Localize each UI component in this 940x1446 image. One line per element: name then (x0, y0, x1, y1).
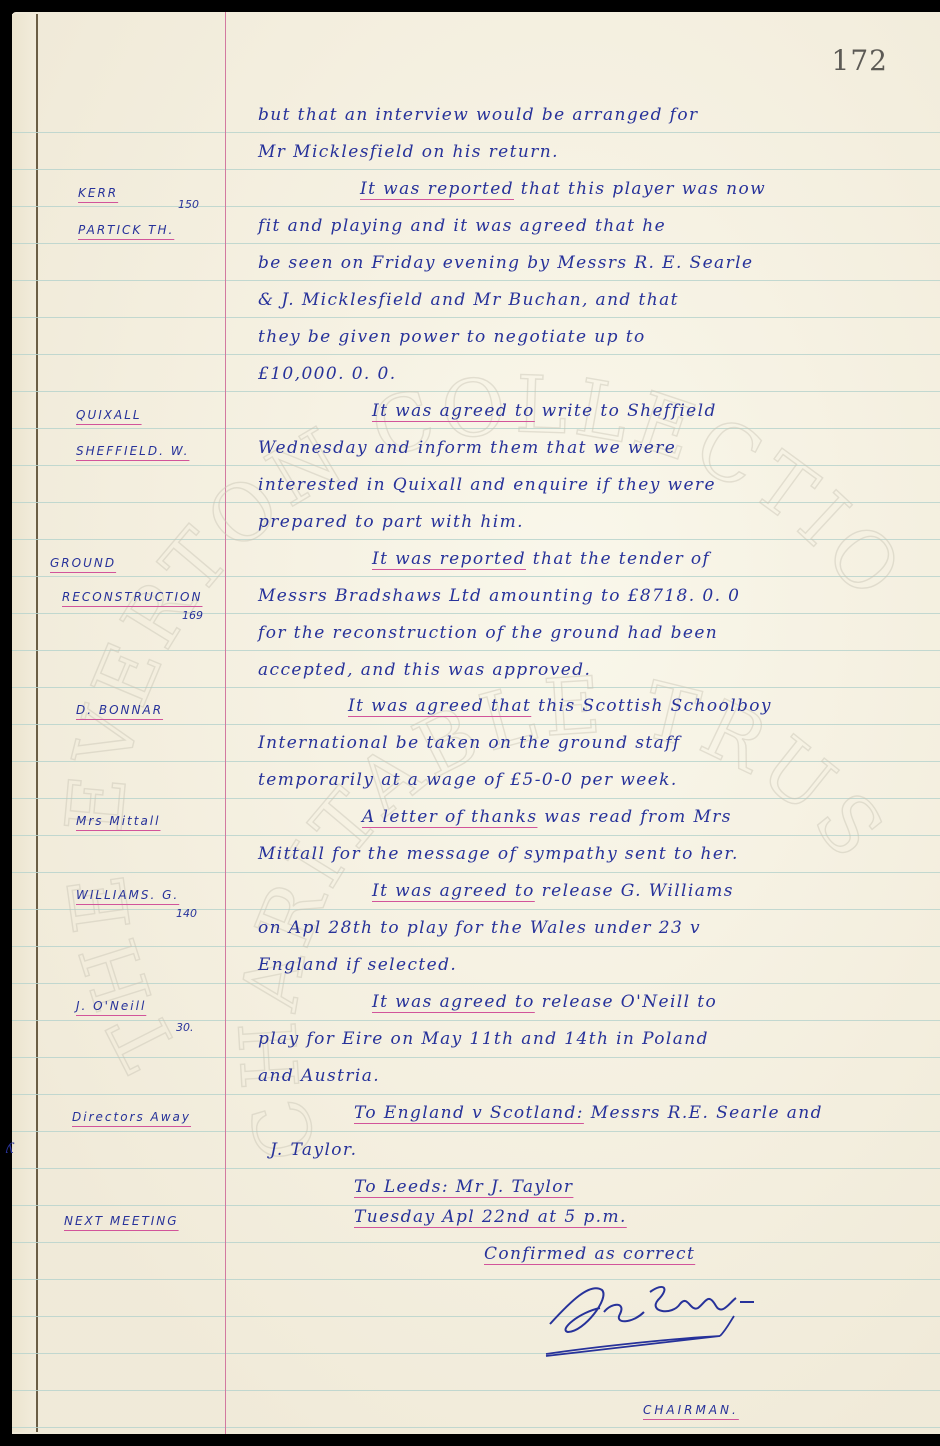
minute-text: write to Sheffield (535, 401, 717, 421)
minute-line: Messrs Bradshaws Ltd amounting to £8718.… (258, 586, 740, 606)
ruled-line (12, 132, 940, 133)
minute-line: for the reconstruction of the ground had… (258, 623, 718, 643)
minute-text: release G. Williams (535, 881, 734, 901)
minute-line: interested in Quixall and enquire if the… (258, 475, 716, 495)
minute-line: England if selected. (258, 955, 457, 975)
margin-heading-oneill: J. O'Neill (76, 999, 146, 1013)
ruled-line (12, 1094, 940, 1095)
minute-text: release O'Neill to (535, 992, 717, 1012)
minute-lead-phrase: It was agreed to (372, 992, 535, 1012)
margin-heading-reconstruction: RECONSTRUCTION (62, 590, 202, 604)
ruled-line (12, 761, 940, 762)
margin-heading-kerr: KERR (78, 186, 118, 200)
minute-line: To England v Scotland: Messrs R.E. Searl… (354, 1103, 823, 1123)
minute-line: It was agreed to release G. Williams (372, 881, 734, 901)
ruled-line (12, 1168, 940, 1169)
ruled-line (12, 539, 940, 540)
ruled-line (12, 1242, 940, 1243)
ruled-line (12, 428, 940, 429)
minute-lead-phrase: It was agreed to (372, 401, 535, 421)
minute-line: Mittall for the message of sympathy sent… (258, 844, 739, 864)
margin-heading-sheffield: SHEFFIELD. W. (76, 444, 189, 458)
ruled-line (12, 687, 940, 688)
ruled-line (12, 1131, 940, 1132)
next-meeting-date: Tuesday Apl 22nd at 5 p.m. (354, 1207, 627, 1227)
minute-line: & J. Micklesfield and Mr Buchan, and tha… (258, 290, 679, 310)
ruled-line (12, 576, 940, 577)
minute-line: and Austria. (258, 1066, 380, 1086)
margin-heading-bonnar: D. BONNAR (76, 703, 163, 717)
minute-line: It was agreed to write to Sheffield (372, 401, 717, 421)
minute-line: accepted, and this was approved. (258, 660, 591, 680)
minute-text: that the tender of (526, 549, 710, 569)
minute-line: they be given power to negotiate up to (258, 327, 646, 347)
minute-line: International be taken on the ground sta… (258, 733, 681, 753)
chairman-label: CHAIRMAN. (643, 1403, 739, 1417)
ruled-line (12, 280, 940, 281)
minute-lead-phrase: It was agreed to (372, 881, 535, 901)
ruled-line (12, 1057, 940, 1058)
ruled-line (12, 502, 940, 503)
ruled-line (12, 835, 940, 836)
continuation-line: but that an interview would be arranged … (258, 105, 699, 125)
minute-line: It was agreed that this Scottish Schoolb… (348, 696, 772, 716)
ruled-line (12, 1205, 940, 1206)
ruled-line (12, 983, 940, 984)
ruled-line (12, 391, 940, 392)
minute-text: that this player was now (514, 179, 766, 199)
margin-heading-partick: PARTICK TH. (78, 223, 174, 237)
minute-line: £10,000. 0. 0. (258, 364, 397, 384)
minute-line: on Apl 28th to play for the Wales under … (258, 918, 701, 938)
margin-heading-mittall: Mrs Mittall (76, 814, 160, 828)
minute-lead-phrase: It was reported (372, 549, 526, 569)
minute-text: was read from Mrs (537, 807, 731, 827)
page-number: 172 (832, 44, 888, 77)
ruled-line (12, 1020, 940, 1021)
minute-lead-phrase: It was reported (360, 179, 514, 199)
minute-line: be seen on Friday evening by Messrs R. E… (258, 253, 753, 273)
minute-line: Wednesday and inform them that we were (258, 438, 676, 458)
minute-lead-phrase: A letter of thanks (362, 807, 537, 827)
minute-line: prepared to part with him. (258, 512, 524, 532)
chairman-signature (540, 1272, 780, 1362)
margin-heading-williams: WILLIAMS. G. (76, 888, 179, 902)
ruled-line (12, 169, 940, 170)
ruled-line (12, 243, 940, 244)
minute-line: A letter of thanks was read from Mrs (362, 807, 732, 827)
minute-line: J. Taylor. (270, 1140, 357, 1160)
minute-text: this Scottish Schoolboy (531, 696, 772, 716)
minute-line: temporarily at a wage of £5-0-0 per week… (258, 770, 678, 790)
ruled-line (12, 613, 940, 614)
ruled-line (12, 1427, 940, 1428)
margin-heading-next-meeting: NEXT MEETING (64, 1214, 179, 1228)
minute-text: Messrs R.E. Searle and (584, 1103, 823, 1123)
book-binding-edge (12, 14, 38, 1432)
ruled-line (12, 724, 940, 725)
minute-lead-phrase: To England v Scotland: (354, 1103, 584, 1123)
ruled-line (12, 872, 940, 873)
ruled-line (12, 909, 940, 910)
minute-line: play for Eire on May 11th and 14th in Po… (258, 1029, 709, 1049)
minute-reference: 150 (178, 198, 199, 211)
minute-line: fit and playing and it was agreed that h… (258, 216, 666, 236)
minute-line: It was reported that the tender of (372, 549, 710, 569)
ruled-line (12, 650, 940, 651)
confirmation-text: Confirmed as correct (484, 1244, 695, 1264)
ruled-line (12, 1316, 940, 1317)
ruled-line (12, 946, 940, 947)
ruled-line (12, 354, 940, 355)
minute-line: To Leeds: Mr J. Taylor (354, 1177, 573, 1197)
minute-line: It was reported that this player was now (360, 179, 766, 199)
ruled-line (12, 465, 940, 466)
margin-rule (225, 12, 226, 1434)
margin-heading-ground: GROUND (50, 556, 116, 570)
margin-heading-directors-away: Directors Away (72, 1110, 191, 1124)
minute-lead-phrase: It was agreed that (348, 696, 531, 716)
continuation-line: Mr Micklesfield on his return. (258, 142, 559, 162)
ruled-line (12, 317, 940, 318)
minute-line: It was agreed to release O'Neill to (372, 992, 717, 1012)
ruled-line (12, 1353, 940, 1354)
margin-heading-quixall: QUIXALL (76, 408, 142, 422)
ruled-line (12, 1390, 940, 1391)
minute-reference: 169 (182, 609, 203, 622)
ruled-line (12, 798, 940, 799)
ruled-line (12, 1279, 940, 1280)
ruled-line (12, 206, 940, 207)
stray-ink-mark: ʎ (6, 1141, 14, 1157)
minute-reference: 30. (176, 1021, 194, 1034)
minute-reference: 140 (176, 907, 197, 920)
